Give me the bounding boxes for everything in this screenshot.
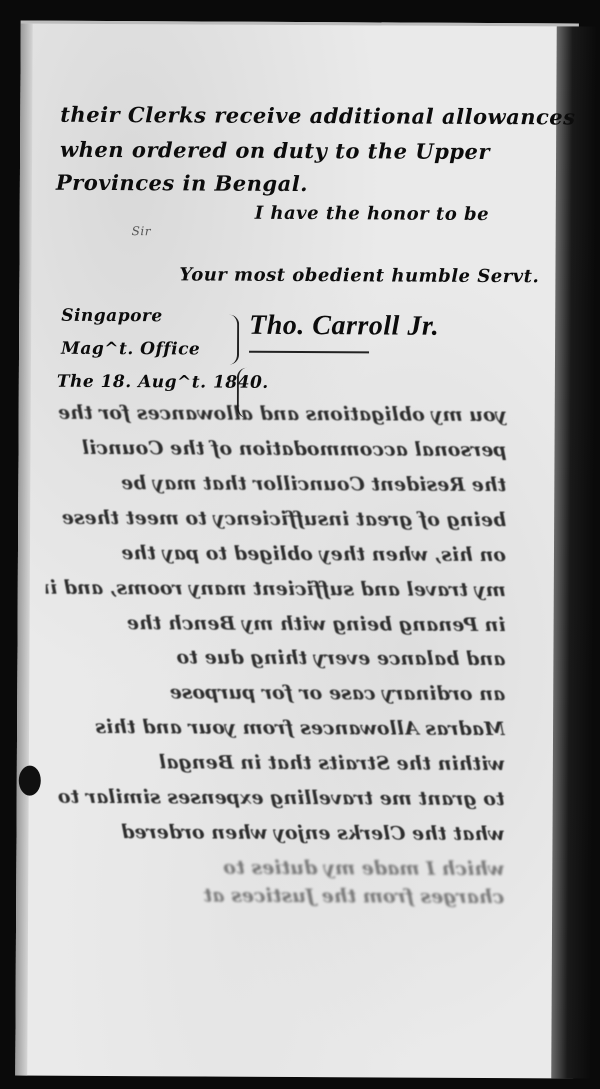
bleed-through-line: what the Clerks enjoy when ordered xyxy=(44,821,504,845)
bleed-through-line: Madras Allowances from your and this xyxy=(45,716,505,740)
brace-mark xyxy=(223,315,239,365)
bleed-through-line: in Penang being with my Bench the xyxy=(46,612,506,636)
bleed-through-line: being of great insufficiency to meet the… xyxy=(46,507,506,531)
bleed-through-line: an ordinary case or for purpose xyxy=(45,681,505,705)
body-line-3: Provinces in Bengal. xyxy=(56,170,308,196)
closing-line-2: Sir xyxy=(132,224,151,238)
signature: Tho. Carroll Jr. xyxy=(249,310,439,343)
signature-underline xyxy=(249,351,369,354)
bleed-through-line: on his, when they obliged to pay the xyxy=(46,542,506,566)
bleed-through-line: personal accommodation of the Council xyxy=(46,437,506,461)
location-office: Mag^t. Office xyxy=(61,339,200,360)
bleed-through-line: which I made my duties to xyxy=(44,856,504,880)
page-fold-edge xyxy=(15,24,33,1076)
bleed-through-line: my travel and sufficient many rooms, and… xyxy=(46,577,506,601)
letter-page: their Clerks receive additional allowanc… xyxy=(15,21,579,1079)
body-line-1: their Clerks receive additional allowanc… xyxy=(60,102,575,130)
bleed-through-line: and balance every thing due to xyxy=(45,646,505,670)
bleed-through-line: to grant me travelling expenses similar … xyxy=(45,786,505,810)
bleed-through-line: you my obligations and allowances for th… xyxy=(47,402,507,426)
binding-shadow xyxy=(551,26,597,1078)
closing-line-3: Your most obedient humble Servt. xyxy=(179,264,539,287)
bleed-through-line: within the Straits that in Bengal xyxy=(45,751,505,775)
closing-line-1: I have the honor to be xyxy=(255,203,489,225)
binding-hole xyxy=(19,766,41,796)
bleed-through-line: the Resident Councillor that may be xyxy=(46,472,506,496)
bleed-through-line: charges from the Justices at xyxy=(44,884,504,908)
body-line-2: when ordered on duty to the Upper xyxy=(60,137,490,164)
location-place: Singapore xyxy=(61,306,163,327)
